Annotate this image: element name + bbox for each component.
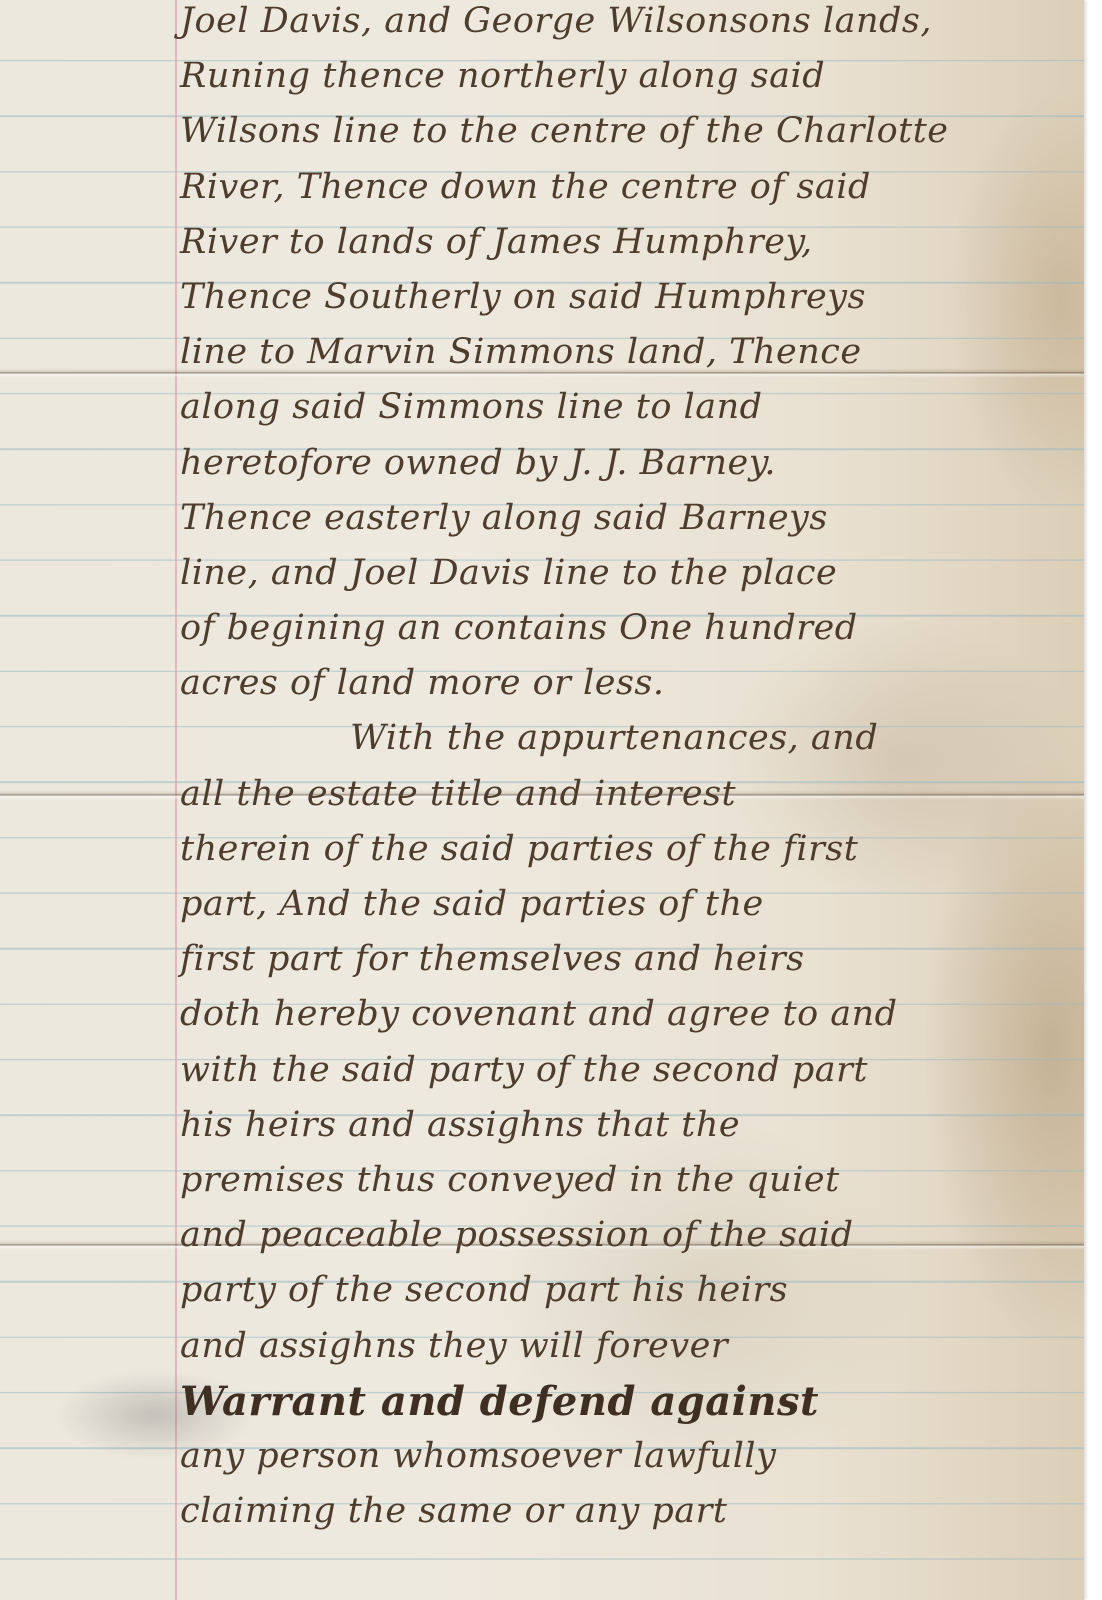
paper-page: Joel Davis, and George Wilsonsons lands,… <box>0 0 1084 1600</box>
text-line: part, And the said parties of the <box>180 877 1060 932</box>
text-line: River, Thence down the centre of said <box>180 160 1060 215</box>
text-line: Thence easterly along said Barneys <box>180 491 1060 546</box>
text-line: line to Marvin Simmons land, Thence <box>180 325 1060 380</box>
text-line: of begining an contains One hundred <box>180 601 1060 656</box>
text-line: claiming the same or any part <box>180 1484 1060 1539</box>
text-line: River to lands of James Humphrey, <box>180 215 1060 270</box>
text-line: Runing thence northerly along said <box>180 49 1060 104</box>
text-line: acres of land more or less. <box>180 656 1060 711</box>
text-line: therein of the said parties of the first <box>180 822 1060 877</box>
text-line: line, and Joel Davis line to the place <box>180 546 1060 601</box>
text-line: along said Simmons line to land <box>180 380 1060 435</box>
text-line: party of the second part his heirs <box>180 1263 1060 1318</box>
text-line: first part for themselves and heirs <box>180 932 1060 987</box>
text-line: all the estate title and interest <box>180 767 1060 822</box>
text-line: doth hereby covenant and agree to and <box>180 987 1060 1042</box>
emphasized-text-line: Warrant and defend against <box>180 1374 1060 1429</box>
text-line: Joel Davis, and George Wilsonsons lands, <box>180 0 1060 49</box>
text-line: and assighns they will forever <box>180 1319 1060 1374</box>
paragraph-start-line: With the appurtenances, and <box>180 711 1060 766</box>
text-line: premises thus conveyed in the quiet <box>180 1153 1060 1208</box>
text-line: heretofore owned by J. J. Barney. <box>180 436 1060 491</box>
margin-line <box>175 0 177 1600</box>
text-line: Thence Southerly on said Humphreys <box>180 270 1060 325</box>
text-line: his heirs and assighns that the <box>180 1098 1060 1153</box>
handwritten-text: Joel Davis, and George Wilsonsons lands,… <box>180 0 1060 1545</box>
text-line: Wilsons line to the centre of the Charlo… <box>180 104 1060 159</box>
text-line: any person whomsoever lawfully <box>180 1429 1060 1484</box>
text-line: with the said party of the second part <box>180 1043 1060 1098</box>
text-line: and peaceable possession of the said <box>180 1208 1060 1263</box>
